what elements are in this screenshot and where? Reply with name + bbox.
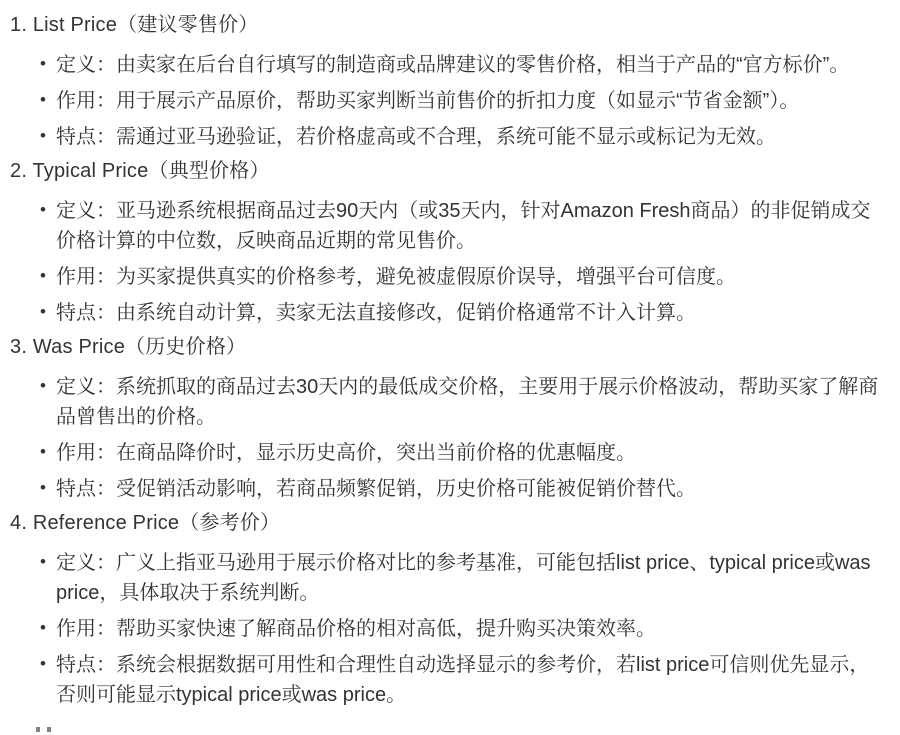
bullet-feature: 特点：系统会根据数据可用性和合理性自动选择显示的参考价，若list price可… [40, 650, 888, 710]
bullet-purpose: 作用：在商品降价时，显示历史高价，突出当前价格的优惠幅度。 [40, 438, 888, 468]
section-typical-price: 2. Typical Price（典型价格） 定义：亚马逊系统根据商品过去90天… [10, 158, 888, 328]
bullet-purpose: 作用：帮助买家快速了解商品价格的相对高低，提升购买决策效率。 [40, 614, 888, 644]
bullet-definition: 定义：由卖家在后台自行填写的制造商或品牌建议的零售价格，相当于产品的“官方标价”… [40, 50, 888, 80]
section-heading-list-price: 1. List Price（建议零售价） [10, 12, 888, 38]
bullet-definition: 定义：亚马逊系统根据商品过去90天内（或35天内，针对Amazon Fresh商… [40, 196, 888, 256]
section-heading-was-price: 3. Was Price（历史价格） [10, 334, 888, 360]
bullet-definition: 定义：广义上指亚马逊用于展示价格对比的参考基准，可能包括list price、t… [40, 548, 888, 608]
section-was-price: 3. Was Price（历史价格） 定义：系统抓取的商品过去30天内的最低成交… [10, 334, 888, 504]
bullet-list: 定义：系统抓取的商品过去30天内的最低成交价格，主要用于展示价格波动，帮助买家了… [10, 372, 888, 504]
document-page: { "page": { "background_color": "#ffffff… [0, 0, 900, 735]
bullet-list: 定义：广义上指亚马逊用于展示价格对比的参考基准，可能包括list price、t… [10, 548, 888, 710]
section-reference-price: 4. Reference Price（参考价） 定义：广义上指亚马逊用于展示价格… [10, 510, 888, 710]
bullet-purpose: 作用：用于展示产品原价，帮助买家判断当前售价的折扣力度（如显示“节省金额”）。 [40, 86, 888, 116]
bullet-feature: 特点：受促销活动影响，若商品频繁促销，历史价格可能被促销价替代。 [40, 474, 888, 504]
pricing-terms-document: 1. List Price（建议零售价） 定义：由卖家在后台自行填写的制造商或品… [10, 12, 888, 710]
bullet-definition: 定义：系统抓取的商品过去30天内的最低成交价格，主要用于展示价格波动，帮助买家了… [40, 372, 888, 432]
bullet-feature: 特点：由系统自动计算，卖家无法直接修改，促销价格通常不计入计算。 [40, 298, 888, 328]
bullet-purpose: 作用：为买家提供真实的价格参考，避免被虚假原价误导，增强平台可信度。 [40, 262, 888, 292]
cutoff-next-line-fragment [36, 727, 51, 732]
section-heading-typical-price: 2. Typical Price（典型价格） [10, 158, 888, 184]
bullet-feature: 特点：需通过亚马逊验证，若价格虚高或不合理，系统可能不显示或标记为无效。 [40, 122, 888, 152]
bullet-list: 定义：由卖家在后台自行填写的制造商或品牌建议的零售价格，相当于产品的“官方标价”… [10, 50, 888, 152]
section-heading-reference-price: 4. Reference Price（参考价） [10, 510, 888, 536]
bullet-list: 定义：亚马逊系统根据商品过去90天内（或35天内，针对Amazon Fresh商… [10, 196, 888, 328]
section-list-price: 1. List Price（建议零售价） 定义：由卖家在后台自行填写的制造商或品… [10, 12, 888, 152]
